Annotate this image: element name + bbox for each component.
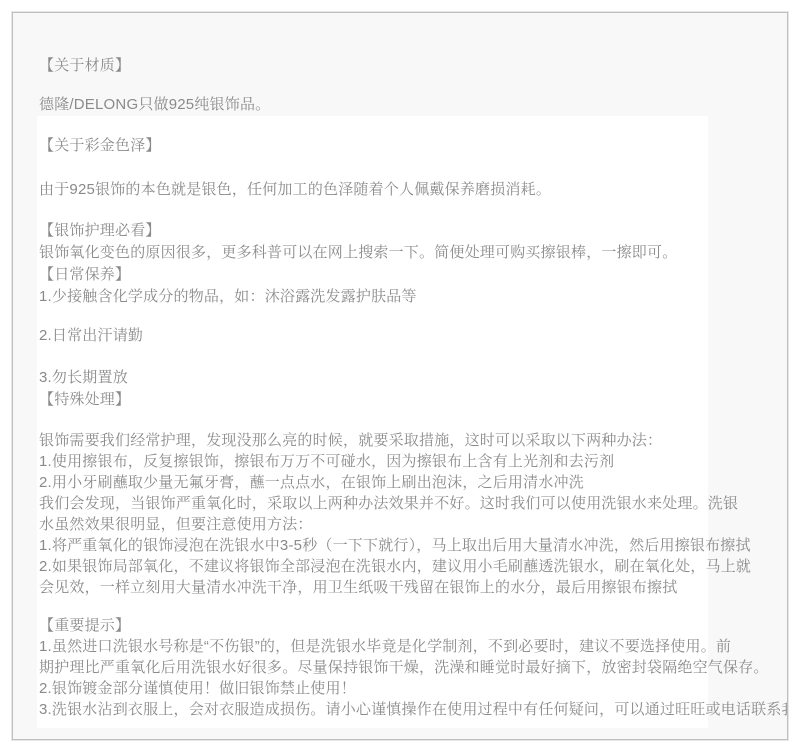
section-gold-color-body: 由于925银饰的本色就是银色，任何加工的色泽随着个人佩戴保养磨损消耗。 xyxy=(39,179,787,201)
text-line: 3.勿长期置放 xyxy=(39,367,787,389)
section-title: 【关于彩金色泽】 xyxy=(39,135,787,157)
text-line: 2.银饰镀金部分谨慎使用！做旧银饰禁止使用！ xyxy=(39,678,787,699)
text-line: 2.如果银饰局部氧化，不建议将银饰全部浸泡在洗银水内，建议用小毛刷蘸透洗银水，刷… xyxy=(39,556,787,577)
section-care-guide: 【银饰护理必看】 银饰氧化变色的原因很多，更多科普可以在网上搜索一下。简便处理可… xyxy=(39,220,787,308)
description-panel: 【关于材质】 德隆/DELONG只做925纯银饰品。 【关于彩金色泽】 由于92… xyxy=(12,12,788,740)
section-title: 【关于材质】 xyxy=(39,55,787,77)
section-title: 【日常保养】 xyxy=(39,264,787,286)
text-line: 1.少接触含化学成分的物品，如：沐浴露洗发露护肤品等 xyxy=(39,286,787,308)
text-line: 1.使用擦银布，反复擦银饰，擦银布万万不可碰水，因为擦银布上含有上光剂和去污剂 xyxy=(39,451,787,472)
section-material-title: 【关于材质】 xyxy=(39,55,787,77)
text-line: 银饰氧化变色的原因很多，更多科普可以在网上搜索一下。简便处理可购买擦银棒，一擦即… xyxy=(39,242,787,264)
section-special-treatment: 银饰需要我们经常护理，发现没那么亮的时候，就要采取措施，这时可以采取以下两种办法… xyxy=(39,430,787,598)
text-line: 2.用小牙刷蘸取少量无氟牙膏，蘸一点点水，在银饰上刷出泡沫，之后用清水冲洗 xyxy=(39,472,787,493)
text-line: 我们会发现，当银饰严重氧化时，采取以上两种办法效果并不好。这时我们可以使用洗银水… xyxy=(39,493,787,514)
text-line: 由于925银饰的本色就是银色，任何加工的色泽随着个人佩戴保养磨损消耗。 xyxy=(39,179,787,201)
section-title: 【银饰护理必看】 xyxy=(39,220,787,242)
text-line: 3.洗银水沾到衣服上，会对衣服造成损伤。请小心谨慎操作在使用过程中有任何疑问，可… xyxy=(39,699,787,720)
section-gold-color-title: 【关于彩金色泽】 xyxy=(39,135,787,157)
text-line: 银饰需要我们经常护理，发现没那么亮的时候，就要采取措施，这时可以采取以下两种办法… xyxy=(39,430,787,451)
text-line: 1.虽然进口洗银水号称是“不伤银”的，但是洗银水毕竟是化学制剂，不到必要时，建议… xyxy=(39,636,787,657)
text-line: 1.将严重氧化的银饰浸泡在洗银水中3-5秒（一下下就行），马上取出后用大量清水冲… xyxy=(39,535,787,556)
text-line: 会见效，一样立刻用大量清水冲洗干净，用卫生纸吸干残留在银饰上的水分，最后用擦银布… xyxy=(39,577,787,598)
text-line: 期护理比严重氧化后用洗银水好很多。尽量保持银饰干燥，洗澡和睡觉时最好摘下，放密封… xyxy=(39,657,787,678)
text-line: 水虽然效果很明显，但要注意使用方法： xyxy=(39,514,787,535)
daily-care-item-2: 2.日常出汗请勤 xyxy=(39,325,787,347)
text-line: 德隆/DELONG只做925纯银饰品。 xyxy=(39,94,787,116)
section-material-body: 德隆/DELONG只做925纯银饰品。 xyxy=(39,94,787,116)
text-line: 2.日常出汗请勤 xyxy=(39,325,787,347)
section-important-notice: 【重要提示】 1.虽然进口洗银水号称是“不伤银”的，但是洗银水毕竟是化学制剂，不… xyxy=(39,615,787,720)
section-title: 【特殊处理】 xyxy=(39,389,787,411)
daily-care-item-3: 3.勿长期置放 【特殊处理】 xyxy=(39,367,787,411)
section-title: 【重要提示】 xyxy=(39,615,787,636)
description-content: 【关于材质】 德隆/DELONG只做925纯银饰品。 【关于彩金色泽】 由于92… xyxy=(13,13,787,720)
